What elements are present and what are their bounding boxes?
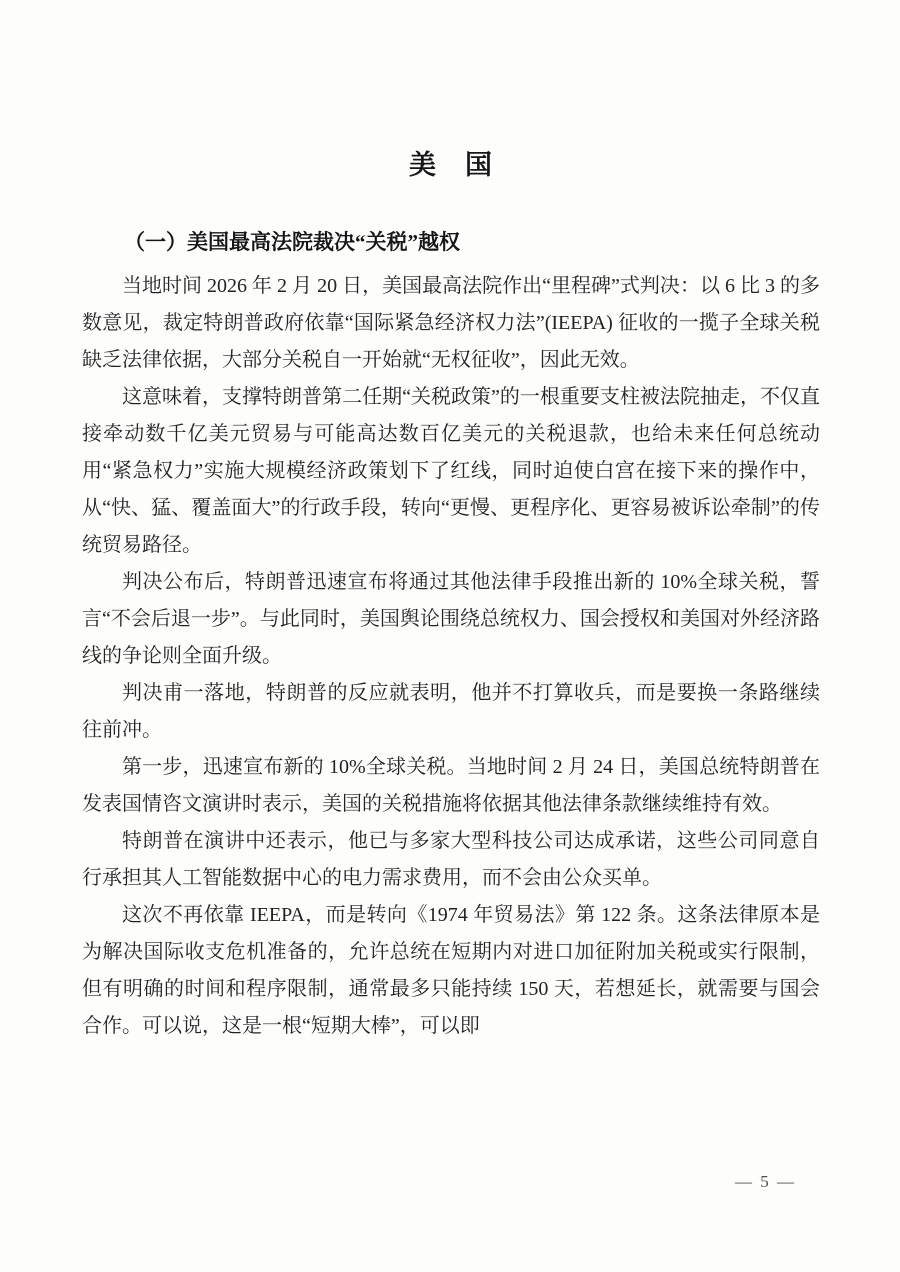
page-title: 美 国 [82, 143, 820, 182]
paragraph-3: 判决公布后，特朗普迅速宣布将通过其他法律手段推出新的 10%全球关税，誓言“不会… [82, 564, 820, 675]
document-page: 美 国 （一）美国最高法院裁决“关税”越权 当地时间 2026 年 2 月 20… [0, 0, 900, 1272]
paragraph-6: 特朗普在演讲中还表示，他已与多家大型科技公司达成承诺，这些公司同意自行承担其人工… [82, 823, 820, 897]
paragraph-5: 第一步，迅速宣布新的 10%全球关税。当地时间 2 月 24 日，美国总统特朗普… [82, 749, 820, 823]
paragraph-7: 这次不再依靠 IEEPA，而是转向《1974 年贸易法》第 122 条。这条法律… [82, 897, 820, 1045]
paragraph-1: 当地时间 2026 年 2 月 20 日，美国最高法院作出“里程碑”式判决：以 … [82, 268, 820, 379]
paragraph-4: 判决甫一落地，特朗普的反应就表明，他并不打算收兵，而是要换一条路继续往前冲。 [82, 675, 820, 749]
page-number: — 5 — [735, 1172, 796, 1192]
paragraph-2: 这意味着，支撑特朗普第二任期“关税政策”的一根重要支柱被法院抽走，不仅直接牵动数… [82, 379, 820, 564]
section-heading: （一）美国最高法院裁决“关税”越权 [82, 224, 820, 261]
